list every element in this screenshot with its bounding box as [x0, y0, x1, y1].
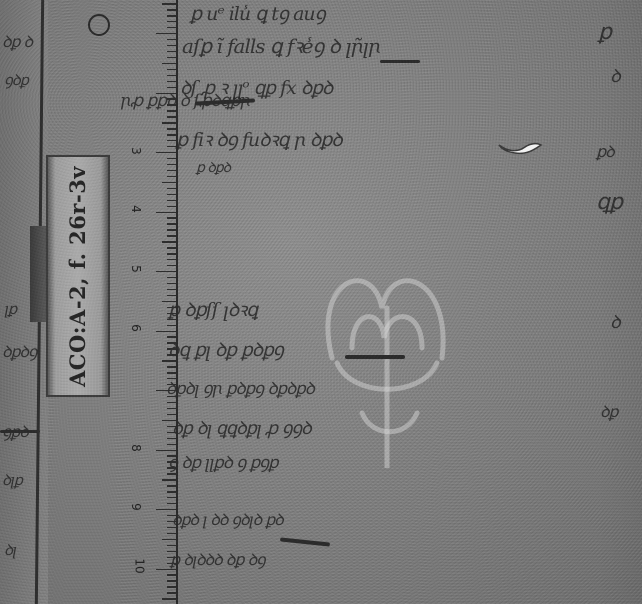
ruler-tick: [162, 122, 176, 123]
ruler-tick: [167, 289, 176, 290]
ruler-tick: [167, 217, 176, 218]
ruler-tick: [162, 182, 176, 183]
ruler-tick: [162, 3, 176, 4]
ruler-tick: [167, 557, 176, 558]
ruler-tick: [167, 27, 176, 28]
ruler-tick: [167, 521, 176, 522]
left-margin-note: ꞁꝑ: [4, 300, 16, 318]
right-margin-shade: [596, 0, 642, 604]
ruler-tick: [167, 497, 176, 498]
ruler-tick: [167, 574, 176, 575]
ruler-tick: [167, 545, 176, 546]
manuscript-line: ꝑ fiꝛ ꝺꝯ fuꝺꝛꝗ ꞃ ꝺꝑꝺ: [176, 126, 342, 152]
ruler-tick: [167, 81, 176, 82]
ruler-tick: [162, 360, 176, 361]
ruler-tick: [167, 408, 176, 409]
ink-flourish: [0, 430, 40, 433]
ruler-tick: [167, 57, 176, 58]
left-margin-note: ꝺꞁ: [4, 540, 16, 560]
ruler-tick: [167, 366, 176, 367]
ruler-tick: [167, 247, 176, 248]
ruler-tick: [156, 450, 176, 451]
ruler-tick: [156, 93, 176, 94]
manuscript-line: ꝺꝑ ꝺꞁ ꝗꝗꝺꝑꞁ ꝓ ꝯꝯꝺ: [172, 416, 311, 440]
ruler-tick: [162, 598, 176, 599]
right-margin-note: ꝺꝑ: [600, 400, 617, 422]
right-margin-note: ꝺ: [610, 310, 620, 334]
ruler-tick: [156, 331, 176, 332]
ruler-tick: [167, 426, 176, 427]
watermark-icon: [312, 238, 462, 468]
ruler-tick: [156, 152, 176, 153]
right-margin-note: ꝑꝺ: [596, 140, 614, 162]
ruler-tick: [167, 206, 176, 207]
ruler-tick: [167, 444, 176, 445]
ruler-tick: [167, 580, 176, 581]
ruler-tick: [167, 325, 176, 326]
ruler-number: 10: [133, 558, 147, 573]
ruler-tick: [167, 188, 176, 189]
ruler-number: 5: [129, 265, 143, 273]
ink-flourish: [280, 537, 330, 546]
ruler-tick: [167, 15, 176, 16]
ruler-tick: [167, 378, 176, 379]
ruler-tick: [167, 396, 176, 397]
ruler-tick: [162, 420, 176, 421]
ruler-tick: [162, 63, 176, 64]
ruler-tick: [167, 170, 176, 171]
manuscript-photo: ꝑ uᵉ ilu̾ ꝗ tꝯ auꝯaſꝑ ĩ falls ꝗ fꝛe̾ꝯ ꝺ …: [0, 0, 642, 604]
ruler-tick: [162, 479, 176, 480]
ruler-tick: [167, 592, 176, 593]
ruler-tick: [156, 390, 176, 391]
ruler-tick: [167, 313, 176, 314]
manuscript-line: ꝺꝑꝺ ꞁ ꝺꝺ ꝯꝺꞁꝺ ꝑꝺ: [172, 508, 283, 530]
ruler-tick: [156, 509, 176, 510]
ruler-tick: [167, 432, 176, 433]
catalog-label-text: ACO:A-2, f. 26r-3v: [66, 165, 91, 386]
ruler-tick: [156, 271, 176, 272]
paper-tear-icon: [497, 137, 543, 157]
measuring-ruler: 34568910: [158, 0, 178, 604]
manuscript-line: ꝑ ꝺꞁꝺꝺꝺ ꝺꝑ ꝺꝯ: [170, 548, 265, 570]
ruler-tick: [167, 402, 176, 403]
ruler-tick: [167, 485, 176, 486]
ruler-tick: [167, 164, 176, 165]
ruler-tick: [167, 21, 176, 22]
ruler-number: 4: [129, 205, 143, 213]
ruler-tick: [167, 307, 176, 308]
ruler-tick: [167, 384, 176, 385]
left-margin-note: ꝺꝑꝺꝯ: [2, 340, 36, 362]
ruler-tick: [167, 223, 176, 224]
ruler-tick: [167, 39, 176, 40]
ruler-tick: [167, 372, 176, 373]
ruler-tick: [167, 354, 176, 355]
ruler-tick: [167, 110, 176, 111]
ruler-tick: [167, 467, 176, 468]
left-margin-note: ꝺꞁꝑ: [2, 470, 22, 490]
ruler-tick: [167, 51, 176, 52]
ruler-tick: [167, 259, 176, 260]
ruler-tick: [167, 235, 176, 236]
ruler-tick: [167, 75, 176, 76]
ruler-tick: [167, 146, 176, 147]
ruler-tick: [167, 194, 176, 195]
ruler-tick: [167, 503, 176, 504]
ink-flourish: [380, 60, 420, 63]
ruler-tick: [167, 104, 176, 105]
ruler-tick: [167, 586, 176, 587]
manuscript-line: ꝺꝑꝺꞁ ꝯꞃ ꝑꝺꝑꝯ ꝺꝑꝺꝑꝺ: [166, 376, 314, 399]
ruler-tick: [167, 128, 176, 129]
ink-flourish: [345, 355, 405, 359]
ruler-tick: [167, 158, 176, 159]
ruler-tick: [167, 295, 176, 296]
ruler-tick: [162, 539, 176, 540]
ruler-tick: [167, 116, 176, 117]
ruler-number: 3: [129, 147, 143, 155]
ruler-tick: [167, 491, 176, 492]
ruler-tick: [167, 9, 176, 10]
ruler-tick: [167, 563, 176, 564]
ruler-tick: [167, 229, 176, 230]
archive-stamp-icon: [88, 14, 110, 36]
ruler-tick: [156, 33, 176, 34]
ruler-number: 9: [129, 503, 143, 511]
ruler-tick: [167, 265, 176, 266]
ruler-tick: [162, 301, 176, 302]
ruler-tick: [167, 527, 176, 528]
catalog-label: ACO:A-2, f. 26r-3v: [46, 155, 110, 397]
manuscript-line: ꝑ ꝺꝑꝺ: [196, 158, 230, 177]
ruler-tick: [167, 348, 176, 349]
ruler-tick: [167, 98, 176, 99]
ruler-tick: [162, 241, 176, 242]
ruler-tick: [167, 283, 176, 284]
ruler-tick: [167, 176, 176, 177]
ruler-tick: [167, 45, 176, 46]
ruler-tick: [167, 473, 176, 474]
right-margin-note: ꝑ: [598, 20, 611, 45]
manuscript-line: ꝺꝗ ꝑꞁ ꝺꝑ ꝑꝺꝑꝯ: [168, 336, 283, 362]
right-margin-note: ꝗꝑ: [596, 190, 622, 215]
manuscript-line: ꝑ uᵉ ilu̾ ꝗ tꝯ auꝯ: [190, 0, 325, 26]
left-margin-note: ꝯꝺꝑ: [4, 70, 28, 90]
ruler-number: 8: [129, 444, 143, 452]
ruler-tick: [167, 140, 176, 141]
ruler-tick: [156, 569, 176, 570]
ruler-tick: [167, 414, 176, 415]
ruler-tick: [167, 200, 176, 201]
ruler-tick: [167, 438, 176, 439]
ruler-tick: [167, 551, 176, 552]
ruler-tick: [167, 69, 176, 70]
ruler-tick: [167, 515, 176, 516]
ruler-edge: [176, 0, 178, 604]
manuscript-line: ꝑ ꝺꝑſſ ꞁꝺꝛꝗ: [168, 296, 257, 322]
ruler-number: 6: [129, 324, 143, 332]
left-margin-note: ꝺꝑ ꝺ: [2, 30, 32, 52]
ruler-tick: [167, 134, 176, 135]
ruler-tick: [167, 87, 176, 88]
right-margin-note: ꝺ: [610, 64, 620, 88]
ruler-tick: [167, 533, 176, 534]
ruler-tick: [167, 336, 176, 337]
ruler-tick: [167, 455, 176, 456]
ruler-tick: [167, 253, 176, 254]
ruler-tick: [167, 277, 176, 278]
ruler-tick: [156, 212, 176, 213]
ruler-tick: [167, 342, 176, 343]
ruler-tick: [167, 319, 176, 320]
manuscript-line: aſꝑ ĩ falls ꝗ fꝛe̾ꝯ ꝺ ꞁꞃ̃ꞁꞃ: [182, 32, 380, 59]
ruler-tick: [167, 461, 176, 462]
manuscript-line: ꝯ ꝺꝑ ꞁꞁꝑꝺ ꝯ ꝑꝯꝑ: [168, 450, 278, 473]
